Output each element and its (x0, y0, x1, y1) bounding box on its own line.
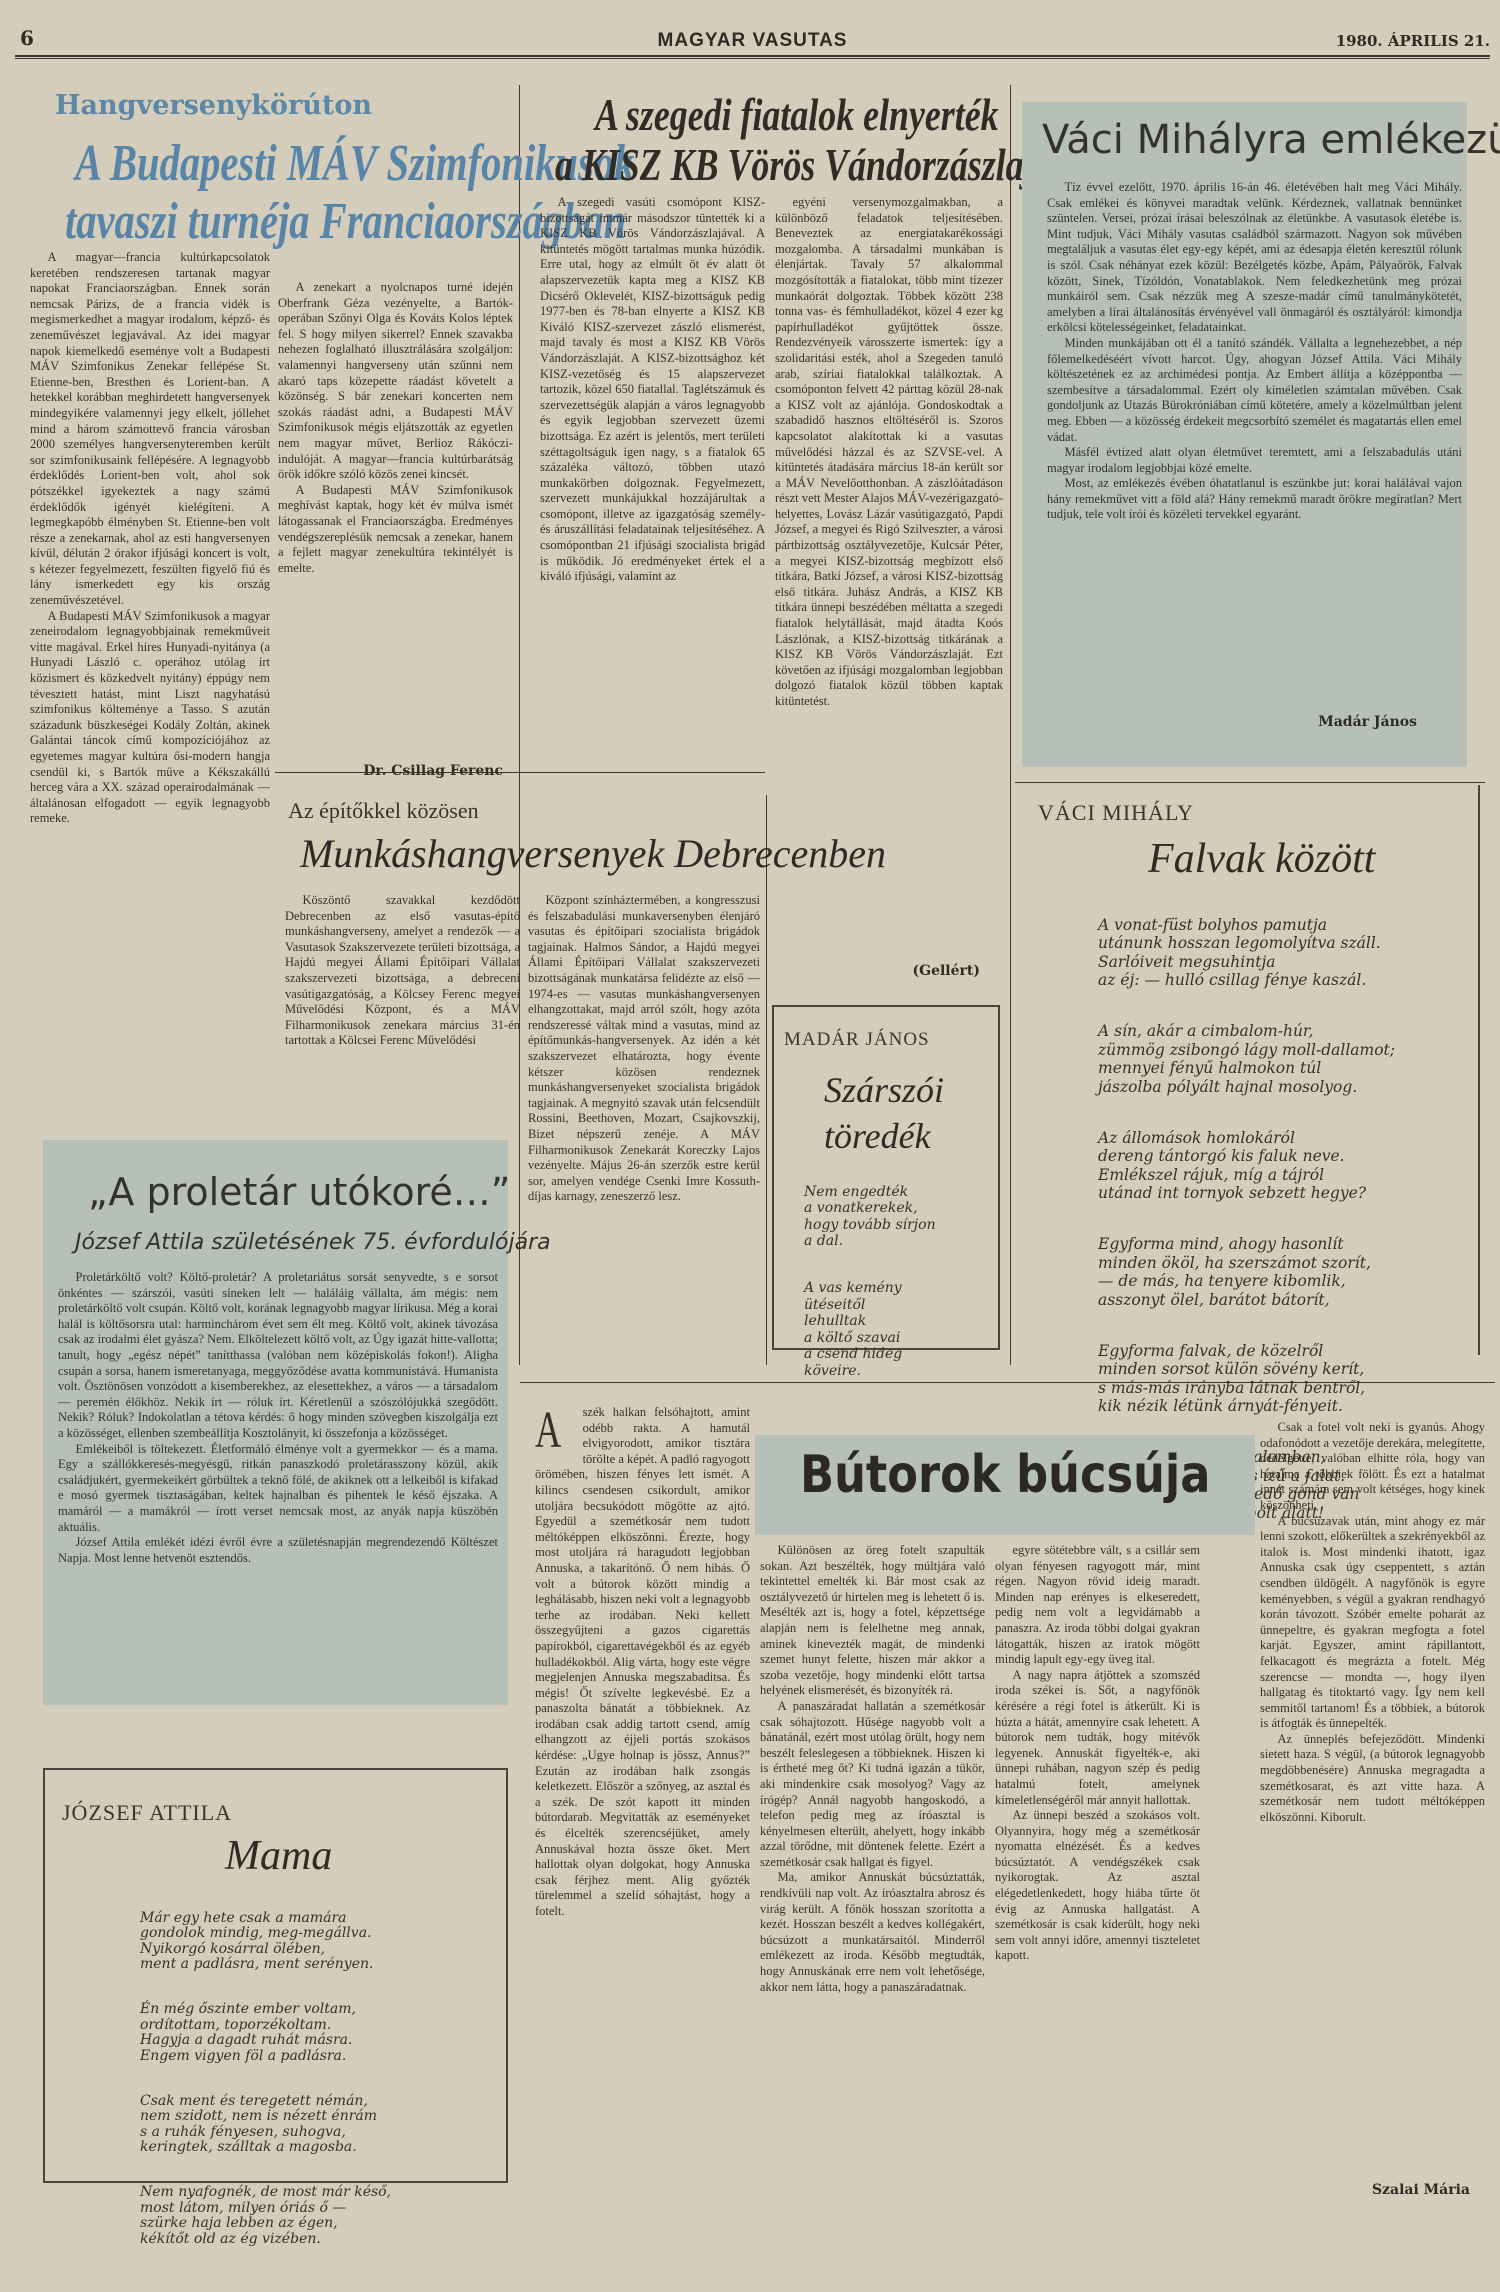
article-paragraph: Most, az emlékezés évében óhatatlanul is… (1047, 476, 1462, 523)
headline-panel: Bútorok búcsúja (755, 1435, 1255, 1535)
poem-stanza: A sín, akár a cimbalom-húr, zümmög zsibo… (1098, 1022, 1468, 1096)
article-paragraph: Tíz évvel ezelőtt, 1970. április 16-án 4… (1047, 180, 1462, 336)
article-kisz: A szegedi fiatalok elnyerték a KISZ KB V… (525, 90, 1005, 780)
article-author: (Gellért) (780, 963, 980, 979)
column-divider (1010, 85, 1011, 1365)
article-butorok: Bútorok búcsúja A szék halkan felsóhajto… (525, 1395, 1495, 2275)
column-divider (766, 795, 767, 1365)
article-paragraph: Különösen az öreg fotelt szapulták sokan… (760, 1543, 985, 1699)
article-vaci-panel: Váci Mihályra emlékezünk Tíz évvel ezelő… (1022, 102, 1467, 767)
drop-cap: A (535, 1409, 561, 1453)
article-paragraph: Csak a fotel volt neki is gyanús. Ahogy … (1260, 1420, 1485, 1514)
poet-name: VÁCI MIHÁLY (1038, 800, 1194, 826)
article-column: A szék halkan felsóhajtott, amint odébb … (535, 1405, 750, 2255)
article-headline: Bútorok búcsúja (800, 1445, 1210, 1505)
article-column: Központ színháztermében, a kongresszusi … (528, 893, 760, 1358)
article-author: Madár János (1318, 714, 1417, 730)
article-author: Dr. Csillag Ferenc (278, 763, 503, 779)
article-body: Tíz évvel ezelőtt, 1970. április 16-án 4… (1047, 180, 1462, 700)
article-paragraph: Másfél évtized alatt olyan életművet ter… (1047, 445, 1462, 476)
article-proletar-panel: „A proletár utókoré…” József Attila szül… (43, 1140, 508, 1705)
poem-stanza: Már egy hete csak a mamára gondolok mind… (140, 1911, 480, 1973)
poet-name: MADÁR JÁNOS (784, 1029, 930, 1051)
issue-date: 1980. ÁPRILIS 21. (1336, 32, 1490, 50)
article-headline: Munkáshangversenyek Debrecenben (300, 830, 886, 877)
article-column: A zenekart a nyolcnapos turné idején Obe… (278, 280, 513, 750)
article-paragraph: A Budapesti MÁV Szimfonikusok meghívást … (278, 483, 513, 577)
article-kicker: Az építőkkel közösen (288, 798, 479, 824)
article-paragraph: szék halkan felsóhajtott, amint odébb ra… (535, 1405, 750, 1918)
poem-body: Nem engedték a vonatkerekek, hogy tovább… (804, 1167, 994, 1410)
article-paragraph: József Attila emlékét idézi évről évre a… (58, 1535, 498, 1566)
poem-stanza: Csak ment és teregetett némán, nem szido… (140, 2094, 480, 2156)
poem-mama-box: JÓZSEF ATTILA Mama Már egy hete csak a m… (43, 1768, 508, 2183)
article-paragraph: Ma, amikor Annuskát búcsúztatták, rendkí… (760, 1870, 985, 1995)
article-paragraph: A Budapesti MÁV Szimfonikusok a magyar z… (30, 609, 270, 827)
poem-stanza: A vas kemény ütéseitől lehulltak a költő… (804, 1280, 994, 1379)
poem-body: Már egy hete csak a mamára gondolok mind… (140, 1895, 480, 2277)
article-kicker: Hangversenykörúton (55, 90, 372, 121)
article-headline: „A proletár utókoré…” (88, 1170, 510, 1214)
masthead-rule (15, 55, 1490, 59)
article-paragraph: A búcsúzavak után, mint ahogy ez már len… (1260, 1514, 1485, 1732)
article-paragraph: A zenekart a nyolcnapos turné idején Obe… (278, 280, 513, 483)
poem-stanza: Az állomások homlokáról dereng tántorgó … (1098, 1129, 1468, 1203)
poem-title: Falvak között (1148, 835, 1375, 883)
article-column: Különösen az öreg fotelt szapulták sokan… (760, 1543, 985, 2253)
article-headline: A szegedi fiatalok elnyerték (595, 90, 999, 140)
poem-stanza: A vonat-füst bolyhos pamutja utánunk hos… (1098, 916, 1468, 990)
poem-title: Szárszói (824, 1069, 944, 1111)
article-paragraph: A nagy napra átjöttek a szomszéd iroda s… (995, 1668, 1200, 1808)
poem-stanza: Én még őszinte ember voltam, ordítottam,… (140, 2002, 480, 2064)
article-paragraph: Az ünneplés befejeződött. Mindenki siete… (1260, 1732, 1485, 1826)
article-column: egyre sötétebbre vált, s a csillár sem o… (995, 1543, 1200, 2253)
poem-falvak-box: VÁCI MIHÁLY Falvak között A vonat-füst b… (1018, 785, 1480, 1355)
article-paragraph: Minden munkájában ott él a tanító szándé… (1047, 336, 1462, 445)
article-subheadline: József Attila születésének 75. évforduló… (75, 1230, 551, 1255)
article-paragraph: egyéni versenymozgalmakban, a különböző … (775, 195, 1003, 710)
poem-stanza: Nem engedték a vonatkerekek, hogy tovább… (804, 1184, 994, 1250)
poem-stanza: Egyforma mind, ahogy hasonlít minden ökö… (1098, 1235, 1468, 1309)
article-column: Csak a fotel volt neki is gyanús. Ahogy … (1260, 1420, 1485, 2205)
article-paragraph: Központ színháztermében, a kongresszusi … (528, 893, 760, 1205)
article-column: Köszöntő szavakkal kezdődött Debrecenben… (285, 893, 520, 1158)
article-paragraph: egyre sötétebbre vált, s a csillár sem o… (995, 1543, 1200, 1668)
poem-stanza: Nem nyafognék, de most már késő, most lá… (140, 2185, 480, 2247)
section-rule (1015, 782, 1485, 783)
article-paragraph: Köszöntő szavakkal kezdődött Debrecenben… (285, 893, 520, 1049)
article-author: Szalai Mária (1260, 2182, 1470, 2198)
publication-title: MAGYAR VASUTAS (15, 30, 1490, 52)
section-rule (275, 772, 765, 773)
article-paragraph: Az ünnepi beszéd a szokásos volt. Olyann… (995, 1808, 1200, 1964)
article-paragraph: Proletárköltő volt? Költő-proletár? A pr… (58, 1270, 498, 1442)
article-paragraph: A szegedi vasúti csomópont KISZ-bizottsá… (540, 195, 765, 585)
poem-szarszoi-box: MADÁR JÁNOS Szárszói töredék Nem engedté… (772, 1005, 1000, 1350)
article-headline: a KISZ KB Vörös Vándorzászlaját (555, 140, 1061, 190)
article-paragraph: A panaszáradat hallatán a szemétkosár cs… (760, 1699, 985, 1871)
article-paragraph: Emlékeiből is töltekezett. Életformáló é… (58, 1442, 498, 1536)
poem-title: töredék (824, 1115, 931, 1157)
masthead: 6 MAGYAR VASUTAS 1980. ÁPRILIS 21. (15, 18, 1490, 56)
article-body: Proletárköltő volt? Költő-proletár? A pr… (58, 1270, 498, 1690)
article-paragraph: A magyar—francia kultúrkapcsolatok keret… (30, 250, 270, 609)
article-column: A szegedi vasúti csomópont KISZ-bizottsá… (540, 195, 765, 775)
article-column: egyéni versenymozgalmakban, a különböző … (775, 195, 1003, 895)
poet-name: JÓZSEF ATTILA (62, 1800, 232, 1826)
article-headline: Váci Mihályra emlékezünk (1042, 117, 1500, 163)
poem-title: Mama (225, 1832, 332, 1880)
article-column: A magyar—francia kultúrkapcsolatok keret… (30, 250, 270, 1100)
